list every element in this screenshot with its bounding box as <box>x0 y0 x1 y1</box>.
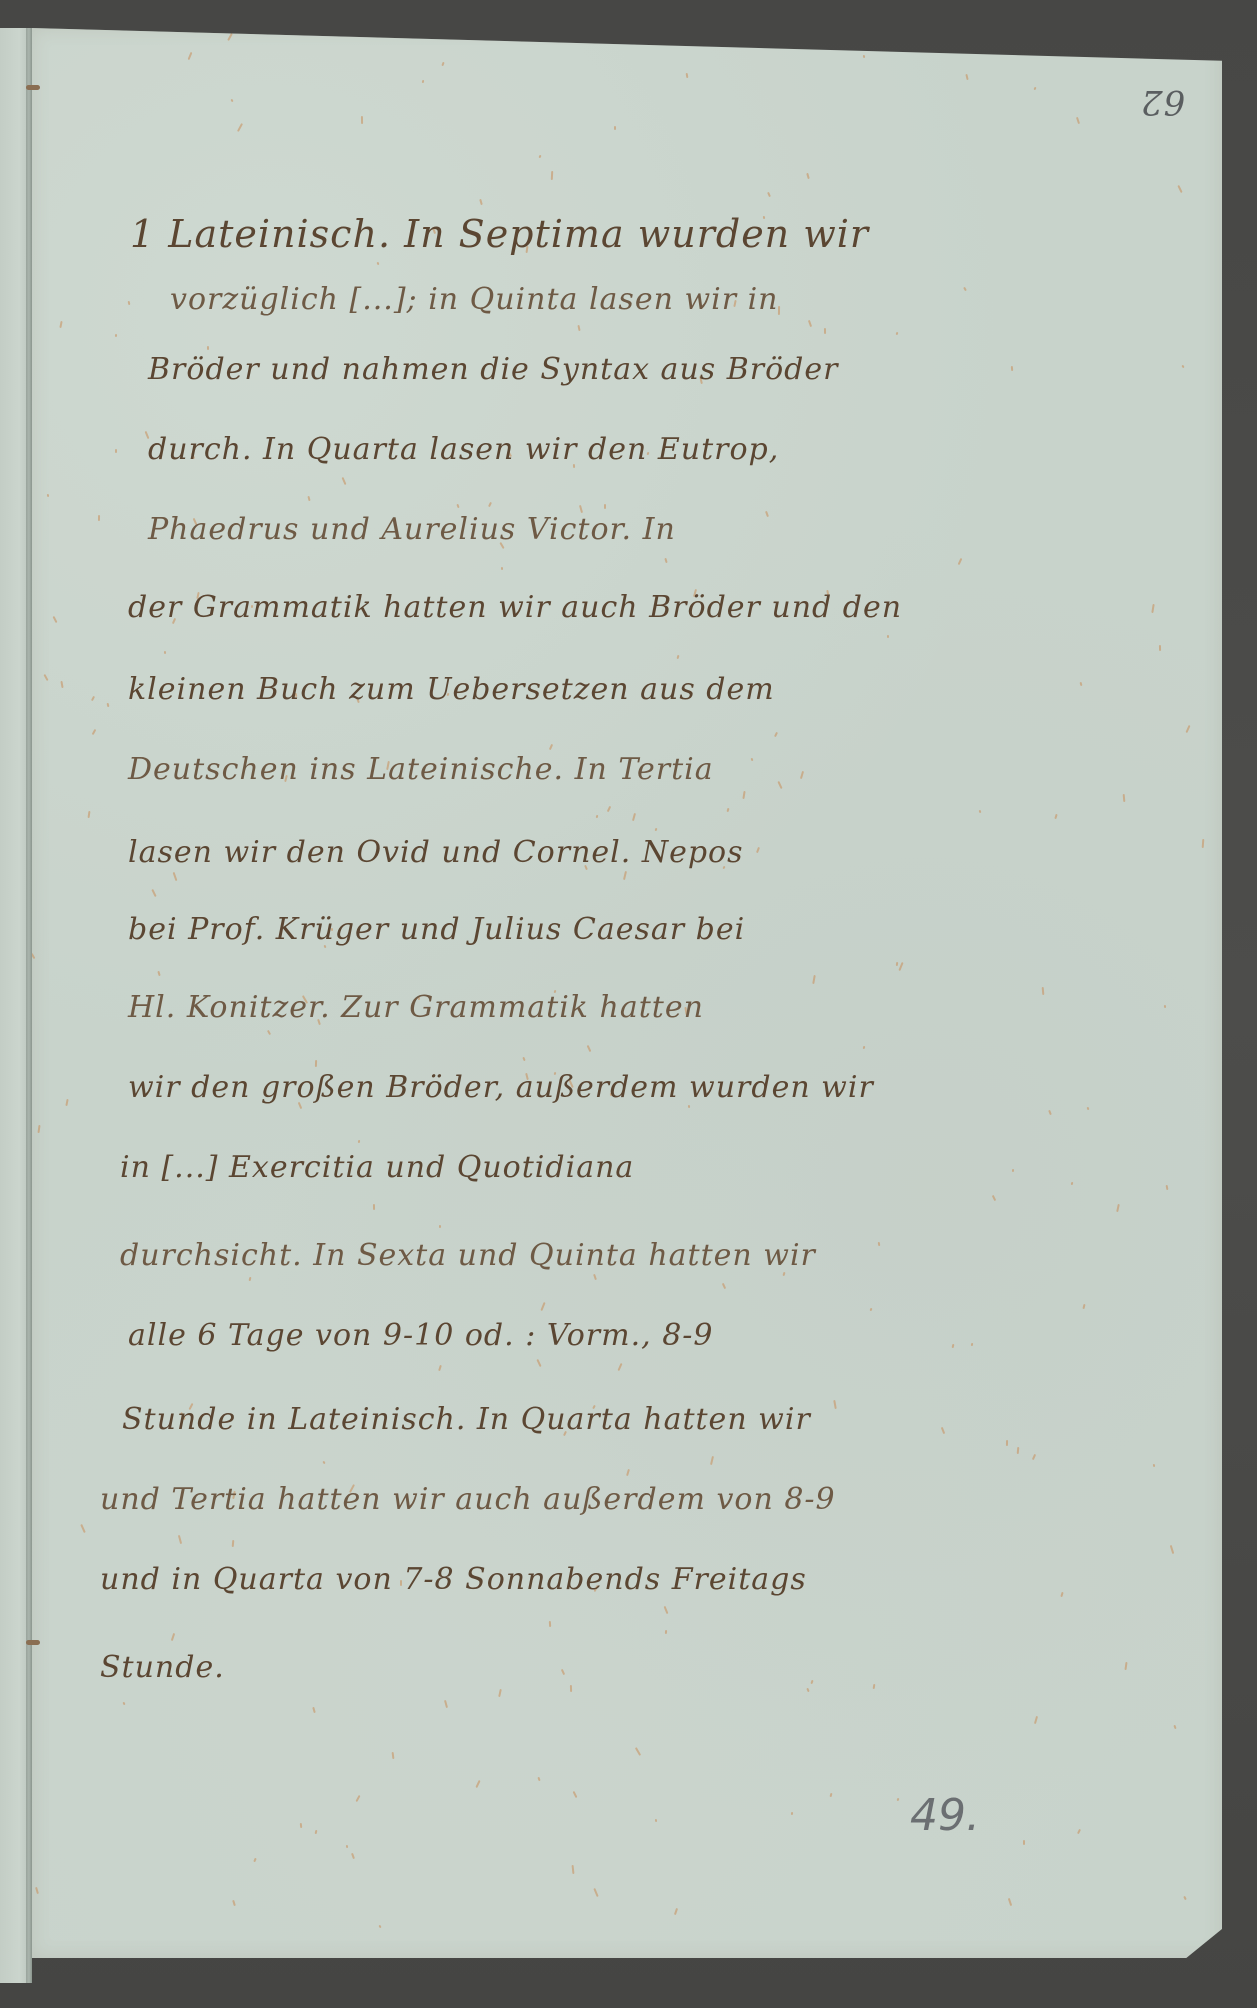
paper-fleck <box>952 1344 955 1348</box>
paper-fleck <box>1087 1107 1090 1111</box>
folio-number: 62 <box>1140 82 1185 122</box>
paper-fleck <box>227 33 233 41</box>
paper-fleck <box>941 1427 945 1434</box>
manuscript-line: Stunde in Lateinisch. In Quarta hatten w… <box>122 1402 811 1437</box>
paper-fleck <box>1185 725 1190 733</box>
paper-fleck <box>726 808 729 812</box>
paper-fleck <box>767 192 771 197</box>
manuscript-line: in [...] Exercitia und Quotidiana <box>120 1150 634 1185</box>
paper-fleck <box>593 1274 597 1280</box>
paper-fleck <box>808 320 812 327</box>
paper-fleck <box>53 616 58 623</box>
paper-fleck <box>655 1819 657 1822</box>
paper-fleck <box>774 732 778 737</box>
paper-fleck <box>322 1461 325 1465</box>
paper-fleck <box>361 116 363 124</box>
paper-fleck <box>355 1795 360 1802</box>
paper-fleck <box>230 99 233 103</box>
paper-fleck <box>617 1363 622 1371</box>
paper-fleck <box>538 155 541 159</box>
paper-fleck <box>373 1204 375 1210</box>
manuscript-line: Stunde. <box>100 1650 225 1685</box>
paper-fleck <box>488 502 492 507</box>
manuscript-line: der Grammatik hatten wir auch Bröder und… <box>128 590 902 625</box>
paper-fleck <box>1048 1110 1052 1115</box>
paper-fleck <box>35 1887 39 1894</box>
paper-fleck <box>253 1858 256 1862</box>
paper-fleck <box>1077 1829 1081 1834</box>
paper-fleck <box>475 1780 480 1788</box>
paper-fleck <box>863 1046 866 1049</box>
paper-fleck <box>98 515 100 521</box>
paper-fleck <box>1159 645 1161 651</box>
paper-fleck <box>536 1359 541 1367</box>
paper-fleck <box>392 1752 395 1759</box>
paper-fleck <box>756 847 760 853</box>
paper-fleck <box>232 1900 236 1906</box>
paper-fleck <box>791 1812 793 1815</box>
paper-fleck <box>91 696 95 701</box>
paper-fleck <box>232 1540 235 1547</box>
paper-fleck <box>710 1456 714 1465</box>
paper-fleck <box>664 558 667 563</box>
paper-fleck <box>377 262 380 266</box>
manuscript-line: lasen wir den Ovid und Cornel. Nepos <box>128 835 743 870</box>
paper-fleck <box>572 1865 575 1874</box>
paper-fleck <box>674 1908 678 1915</box>
paper-fleck <box>623 871 627 880</box>
manuscript-line: bei Prof. Krüger und Julius Caesar bei <box>128 912 745 947</box>
paper-fleck <box>1071 1182 1074 1185</box>
paper-fleck <box>992 1195 997 1201</box>
paper-fleck <box>188 52 193 60</box>
paper-fleck <box>300 1823 303 1828</box>
paper-fleck <box>570 1685 572 1692</box>
binding-stitch <box>26 85 40 90</box>
manuscript-line: und Tertia hatten wir auch außerdem von … <box>100 1482 836 1517</box>
paper-fleck <box>806 1688 809 1692</box>
paper-fleck <box>722 1283 726 1289</box>
paper-fleck <box>43 674 48 681</box>
paper-fleck <box>551 171 553 180</box>
paper-fleck <box>65 1099 68 1106</box>
paper-fleck <box>1116 1204 1120 1212</box>
paper-fleck <box>267 1030 271 1035</box>
paper-fleck <box>80 1524 85 1533</box>
paper-fleck <box>207 346 209 350</box>
paper-fleck <box>1202 839 1205 848</box>
paper-fleck <box>1032 1454 1036 1460</box>
paper-fleck <box>810 1680 813 1684</box>
paper-fleck <box>1151 604 1154 613</box>
paper-fleck <box>37 1125 40 1133</box>
paper-fleck <box>765 511 769 517</box>
paper-fleck <box>897 1798 900 1801</box>
paper-fleck <box>438 1365 442 1371</box>
paper-fleck <box>439 1225 441 1228</box>
paper-fleck <box>378 1925 381 1929</box>
paper-fleck <box>1076 117 1080 124</box>
paper-fleck <box>587 1045 592 1052</box>
paper-fleck <box>342 477 347 485</box>
paper-fleck <box>107 703 110 707</box>
paper-fleck <box>1034 1716 1038 1724</box>
paper-fleck <box>441 62 444 66</box>
paper-fleck <box>237 123 243 132</box>
manuscript-line: durchsicht. In Sexta und Quinta hatten w… <box>120 1238 816 1273</box>
paper-fleck <box>614 126 616 130</box>
paper-fleck <box>1079 682 1082 686</box>
pencil-page-number: 49. <box>910 1790 980 1841</box>
paper-fleck <box>346 1845 348 1848</box>
paper-fleck <box>800 771 804 779</box>
paper-fleck <box>742 791 745 799</box>
paper-fleck <box>1033 87 1036 91</box>
paper-fleck <box>1011 366 1013 371</box>
paper-fleck <box>1054 814 1057 819</box>
paper-fleck <box>896 962 898 966</box>
paper-fleck <box>1166 1185 1169 1190</box>
paper-fleck <box>664 1606 669 1614</box>
paper-fleck <box>1173 1725 1176 1729</box>
paper-fleck <box>358 1140 361 1143</box>
paper-fleck <box>1042 987 1045 995</box>
paper-fleck <box>573 1791 578 1798</box>
manuscript-line: Hl. Konitzer. Zur Grammatik hatten <box>128 990 704 1025</box>
paper-fleck <box>688 1105 690 1108</box>
paper-fleck <box>665 1630 667 1634</box>
paper-fleck <box>171 1633 175 1641</box>
paper-fleck <box>593 1888 598 1897</box>
paper-fleck <box>1170 1545 1175 1554</box>
paper-fleck <box>965 74 968 80</box>
manuscript-line: Bröder und nahmen die Syntax aus Bröder <box>148 352 838 387</box>
paper-fleck <box>115 334 117 337</box>
paper-fleck <box>751 758 754 762</box>
manuscript-line: vorzüglich [...]; in Quinta lasen wir in <box>170 282 779 317</box>
paper-fleck <box>1082 1304 1085 1309</box>
manuscript-line: durch. In Quarta lasen wir den Eutrop, <box>148 432 779 467</box>
paper-fleck <box>1017 1447 1020 1454</box>
paper-fleck <box>676 655 679 659</box>
paper-fleck <box>522 1057 525 1061</box>
paper-fleck <box>887 635 889 638</box>
paper-fleck <box>833 1400 837 1409</box>
paper-fleck <box>607 806 611 812</box>
paper-fleck <box>898 962 903 971</box>
paper-fleck <box>632 813 636 821</box>
paper-fleck <box>812 975 816 984</box>
manuscript-line: kleinen Buch zum Uebersetzen aus dem <box>128 672 775 707</box>
paper-fleck <box>498 1689 502 1697</box>
paper-fleck <box>830 1793 833 1797</box>
paper-fleck <box>315 1830 318 1834</box>
manuscript-line: Deutschen ins Lateinische. In Tertia <box>128 752 714 787</box>
paper-fleck <box>59 321 62 328</box>
paper-fleck <box>351 1853 355 1859</box>
paper-fleck <box>122 1702 125 1706</box>
manuscript-line: wir den großen Bröder, außerdem wurden w… <box>128 1070 874 1105</box>
paper-fleck <box>686 73 689 78</box>
paper-fleck <box>596 815 599 818</box>
paper-fleck <box>824 328 826 334</box>
paper-fleck <box>315 1060 317 1067</box>
paper-fleck <box>878 1242 881 1246</box>
paper-fleck <box>151 889 156 897</box>
paper-fleck <box>540 1302 545 1311</box>
paper-fleck <box>654 828 657 832</box>
paper-fleck <box>1153 1464 1156 1467</box>
paper-fleck <box>1164 1005 1166 1008</box>
paper-fleck <box>549 744 553 750</box>
manuscript-line: 1 Lateinisch. In Septima wurden wir <box>130 212 869 256</box>
paper-fleck <box>863 55 866 58</box>
paper-fleck <box>896 332 899 335</box>
paper-fleck <box>444 1700 448 1708</box>
paper-fleck <box>806 173 810 179</box>
paper-fleck <box>1177 185 1182 193</box>
paper-fleck <box>1060 1592 1063 1597</box>
paper-fleck <box>777 781 782 789</box>
paper-fleck <box>164 651 166 654</box>
paper-fleck <box>561 1669 565 1675</box>
paper-fleck <box>1012 1169 1014 1172</box>
paper-fleck <box>958 558 963 565</box>
paper-fleck <box>456 504 459 508</box>
paper-fleck <box>1023 1840 1025 1845</box>
paper-fleck <box>979 810 982 813</box>
paper-fleck <box>312 1707 316 1713</box>
paper-fleck <box>178 1535 182 1544</box>
paper-fleck <box>422 80 425 83</box>
paper-fleck <box>249 1277 252 1281</box>
paper-fleck <box>501 567 503 570</box>
paper-fleck <box>1183 1896 1187 1900</box>
paper-fleck <box>128 301 131 305</box>
paper-fleck <box>1008 1898 1012 1906</box>
paper-fleck <box>604 504 606 509</box>
paper-fleck <box>963 287 967 291</box>
paper-fleck <box>537 1777 540 1781</box>
binding-gutter <box>26 28 32 1983</box>
paper-fleck <box>873 1684 876 1689</box>
paper-fleck <box>549 1621 551 1627</box>
paper-fleck <box>88 811 91 818</box>
manuscript-line: Phaedrus und Aurelius Victor. In <box>148 512 676 547</box>
paper-fleck <box>1006 1440 1008 1446</box>
paper-fleck <box>173 872 178 881</box>
paper-fleck <box>92 729 97 735</box>
paper-fleck <box>626 1469 630 1476</box>
paper-fleck <box>157 971 160 976</box>
paper-fleck <box>1123 794 1126 802</box>
paper-fleck <box>1124 1662 1127 1670</box>
paper-fleck <box>47 494 50 497</box>
paper-fleck <box>1181 365 1184 369</box>
paper-fleck <box>60 681 63 688</box>
paper-fleck <box>307 496 310 501</box>
paper-fleck <box>577 325 580 331</box>
paper-fleck <box>971 1343 974 1346</box>
manuscript-line: alle 6 Tage von 9-10 od. : Vorm., 8-9 <box>128 1318 714 1353</box>
paper-fleck <box>479 199 483 205</box>
binding-stitch <box>26 1640 40 1645</box>
paper-fleck <box>115 449 117 453</box>
manuscript-line: und in Quarta von 7-8 Sonnabends Freitag… <box>100 1562 807 1597</box>
paper-fleck <box>869 1308 872 1312</box>
paper-fleck <box>635 1747 641 1756</box>
